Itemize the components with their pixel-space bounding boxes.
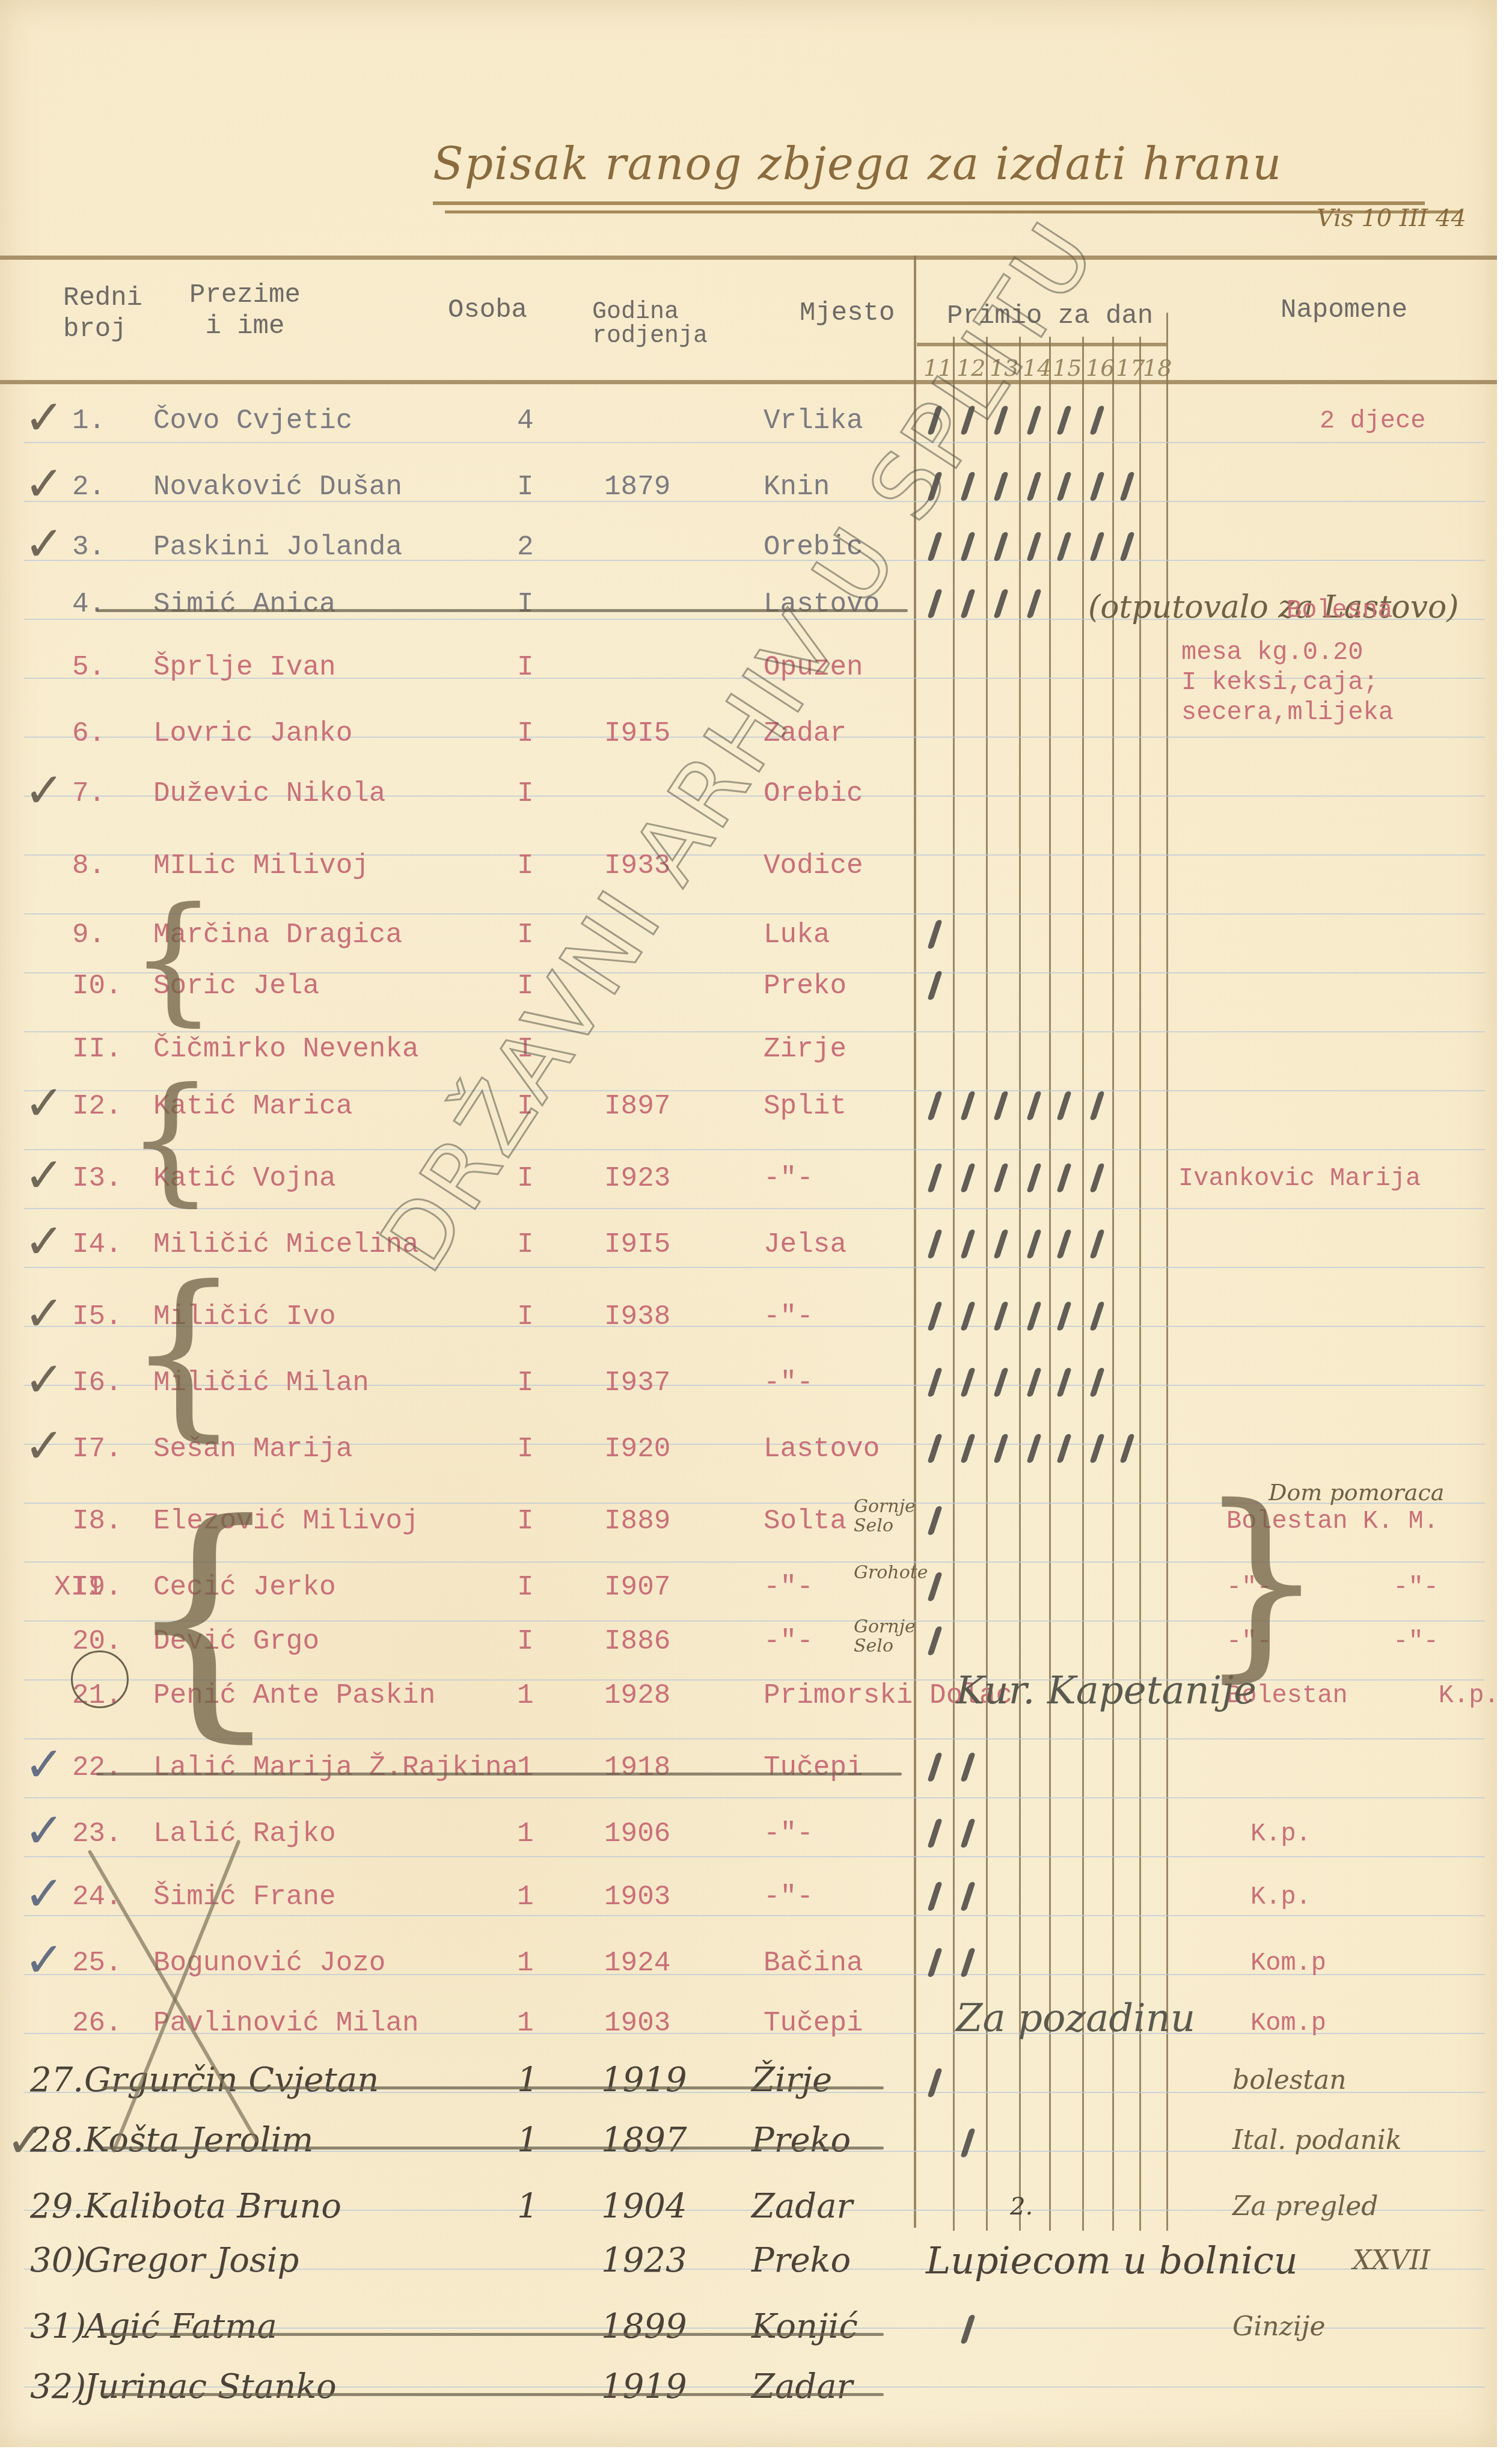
row-note: Kom.p <box>1250 2008 1326 2038</box>
row-place: Lastovo <box>764 1431 880 1467</box>
row-number: I6. <box>72 1365 122 1401</box>
bracket-mark: { <box>129 890 217 1028</box>
received-tally-mark <box>993 472 1009 501</box>
row-birth-year: 1918 <box>604 1750 670 1786</box>
row-place: -"- <box>764 1879 813 1915</box>
row-margin-mark: XII <box>54 1569 104 1605</box>
received-tally-mark <box>1089 1091 1105 1120</box>
row-place: Vrlika <box>764 403 863 439</box>
header-bottom-rule <box>0 380 1497 384</box>
header-birth-year: Godina rodjenja <box>592 301 708 349</box>
row-persons: I <box>517 1569 534 1605</box>
check-mark-icon: ✓ <box>24 394 64 442</box>
row-place: Žirje <box>751 2062 832 2098</box>
header-notes: Napomene <box>1281 295 1407 326</box>
received-tally-mark <box>960 1302 976 1331</box>
row-birth-year: 1904 <box>601 2189 687 2225</box>
row-place: -"- <box>764 1569 813 1605</box>
received-tally-mark <box>1089 532 1105 561</box>
check-mark-icon: ✓ <box>24 1807 64 1855</box>
received-tally-mark <box>1056 1163 1072 1192</box>
row-number: I5. <box>72 1299 122 1335</box>
row-name: Simić Anica <box>153 586 336 622</box>
received-tally-mark <box>927 2068 943 2097</box>
check-mark-icon: ✓ <box>24 1936 64 1984</box>
row-persons: 1 <box>517 1678 534 1714</box>
received-tally-mark <box>927 1948 943 1977</box>
row-place: Tučepi <box>764 1750 863 1786</box>
row-name: Čovo Cvjetic <box>153 403 352 439</box>
row-birth-year: 1899 <box>601 2309 687 2345</box>
row-persons: I <box>517 1227 534 1263</box>
row-number: 6. <box>72 716 105 752</box>
received-tally-mark <box>960 2315 976 2344</box>
row-place: Preko <box>764 968 846 1004</box>
received-tally-mark <box>1089 1163 1105 1192</box>
received-tally-mark <box>1026 1302 1042 1331</box>
row-day-mark: 2. <box>1010 2189 1033 2225</box>
row-note: (otputovalo za Lastovo) <box>1088 589 1459 625</box>
row-name: Grgurčin Cvjetan <box>84 2062 379 2098</box>
header-name: Prezime i ime <box>189 280 301 342</box>
received-tally-mark <box>1056 406 1072 435</box>
row-note: Ital. podanik <box>1232 2122 1401 2159</box>
received-tally-mark <box>960 1368 976 1397</box>
day-column-label: 15 <box>1053 355 1082 381</box>
received-tally-mark <box>1056 1302 1072 1331</box>
strikethrough-line <box>96 1773 902 1776</box>
received-tally-mark <box>960 1819 976 1848</box>
received-tally-mark <box>1056 1091 1072 1120</box>
received-tally-mark <box>1089 406 1105 435</box>
bracket-mark: { <box>123 1491 284 1744</box>
table-row: I0.Soric JelaIPreko <box>0 968 1497 1028</box>
received-tally-mark <box>927 1819 943 1848</box>
header-place: Mjesto <box>800 298 895 329</box>
received-tally-mark <box>1119 472 1135 501</box>
check-mark-icon: ✓ <box>24 1741 64 1789</box>
received-tally-mark <box>1056 472 1072 501</box>
row-birth-year: 1906 <box>604 1816 670 1852</box>
strikethrough-line <box>102 2147 884 2150</box>
ruled-line <box>24 1149 1485 1150</box>
check-mark-icon: ✓ <box>24 1290 64 1338</box>
row-note: Za pregled <box>1232 2189 1378 2225</box>
row-place: -"- <box>764 1299 813 1335</box>
check-mark-icon: ✓ <box>24 1356 64 1404</box>
row-place: -"- <box>764 1816 813 1852</box>
strikethrough-line <box>102 2333 884 2336</box>
row-birth-year: I920 <box>604 1431 670 1467</box>
header-number: Redni broj <box>63 283 142 345</box>
row-birth-year: I897 <box>604 1088 670 1124</box>
row-name: Lovric Janko <box>153 716 352 752</box>
bracket-mark: { <box>126 1263 241 1443</box>
row-name: Lalić Rajko <box>153 1816 336 1852</box>
received-tally-mark <box>927 1163 943 1192</box>
received-tally-mark <box>960 589 976 618</box>
date-annotation: Vis 10 III 44 <box>1317 204 1466 232</box>
row-birth-year: I886 <box>604 1623 670 1660</box>
row-name: Gregor Josip <box>84 2243 299 2279</box>
document-title: Spisak ranog zbjega za izdati hranu <box>433 138 1282 190</box>
row-number: I8. <box>72 1503 122 1539</box>
row-persons: I <box>517 649 534 685</box>
received-tally-mark <box>1056 1434 1072 1463</box>
row-place: Tučepi <box>764 2005 863 2041</box>
received-tally-mark <box>960 1230 976 1258</box>
header-top-rule <box>0 256 1497 260</box>
received-tally-mark <box>960 1948 976 1977</box>
row-place: Zadar <box>751 2189 852 2225</box>
received-tally-mark <box>1026 1163 1042 1192</box>
row-birth-year: 1924 <box>604 1945 670 1981</box>
row-persons: 1 <box>517 2122 539 2159</box>
row-name: Šprlje Ivan <box>153 649 336 685</box>
table-row: 26.Pavlinović Milan11903TučepiKom.pZa po… <box>0 2005 1497 2065</box>
row-persons: 1 <box>517 1750 534 1786</box>
received-tally-mark <box>1089 1230 1105 1258</box>
row-note: 2 djece <box>1320 406 1425 436</box>
row-place: -"- <box>764 1160 813 1197</box>
received-tally-mark <box>960 1091 976 1120</box>
row-birth-year: 1919 <box>601 2369 687 2405</box>
table-row: 8.MILic MilivojII933Vodice <box>0 848 1497 908</box>
row-persons: I <box>517 1431 534 1467</box>
row-persons: I <box>517 776 534 812</box>
received-tally-mark <box>927 1368 943 1397</box>
received-tally-mark <box>993 589 1009 618</box>
row-place: Preko <box>751 2243 851 2279</box>
row-number: 30) <box>30 2243 86 2279</box>
received-tally-mark <box>927 1302 943 1331</box>
row-persons: I <box>517 1623 534 1660</box>
row-birth-year: 1919 <box>601 2062 687 2098</box>
row-number: 27. <box>30 2062 84 2098</box>
row-handwritten-remark: Za pozadinu <box>956 1996 1195 2041</box>
table-row: I2.Katić MaricaII897Split✓ <box>0 1088 1497 1148</box>
row-number: 5. <box>72 649 105 685</box>
row-birth-year: 1897 <box>601 2122 687 2159</box>
handwritten-row: 27.Grgurčin Cvjetan11919Žirjebolestan <box>0 2062 1497 2122</box>
day-column-label: 16 <box>1086 355 1115 381</box>
row-number: 22. <box>72 1750 122 1786</box>
row-number: I4. <box>72 1227 122 1263</box>
row-birth-year: I938 <box>604 1299 670 1335</box>
row-persons: 1 <box>517 2005 534 2041</box>
received-tally-mark <box>927 1626 943 1655</box>
check-mark-icon: ✓ <box>24 767 64 815</box>
row-number: 23. <box>72 1816 122 1852</box>
table-row: 23.Lalić Rajko11906-"-K.p.✓ <box>0 1816 1497 1876</box>
received-tally-mark <box>993 1368 1009 1397</box>
row-birth-year: I937 <box>604 1365 670 1401</box>
row-persons: I <box>517 1299 534 1335</box>
received-tally-mark <box>993 1230 1009 1258</box>
received-tally-mark <box>993 1434 1009 1463</box>
handwritten-row: 31)Agić Fatma1899KonjićGinzije <box>0 2309 1497 2369</box>
row-number: I0. <box>72 968 122 1004</box>
row-note: bolestan <box>1232 2062 1347 2098</box>
row-name: Duževic Nikola <box>153 776 385 812</box>
received-tally-mark <box>1089 1302 1105 1331</box>
received-tally-mark <box>993 1091 1009 1120</box>
row-number: 9. <box>72 917 105 953</box>
row-typed-note: Bolesna <box>1287 595 1392 625</box>
row-note: K.p. <box>1250 1819 1311 1849</box>
bracket-mark: { <box>126 1070 214 1209</box>
document-page: Spisak ranog zbjega za izdati hranu Vis … <box>0 0 1497 2447</box>
row-birth-year: I889 <box>604 1503 670 1539</box>
received-tally-mark <box>927 1230 943 1258</box>
received-tally-mark <box>1056 532 1072 561</box>
received-tally-mark <box>1026 1230 1042 1258</box>
row-handwritten-remark: Lupiecom u bolnicu <box>926 2243 1298 2279</box>
row-number: 2. <box>72 469 105 505</box>
row-number: 26. <box>72 2005 122 2041</box>
title-underline <box>433 201 1425 205</box>
row-note: Ivankovic Marija <box>1178 1163 1421 1194</box>
check-mark-icon: ✓ <box>24 520 64 568</box>
received-tally-mark <box>1026 1091 1042 1120</box>
row-birth-year: 1923 <box>601 2243 687 2279</box>
row-place: Vodice <box>764 848 863 884</box>
received-tally-mark <box>1089 472 1105 501</box>
row-number: I3. <box>72 1160 122 1197</box>
received-tally-mark <box>1026 589 1042 618</box>
handwritten-row: 28.Košta Jerolim11897PrekoItal. podanik✓ <box>0 2122 1497 2183</box>
row-place: Zirje <box>764 1031 846 1067</box>
table-row: 24.Šimić Frane11903-"-K.p.✓ <box>0 1879 1497 1939</box>
row-persons: I <box>517 917 534 953</box>
received-tally-mark <box>1056 1368 1072 1397</box>
row-number: 25. <box>72 1945 122 1981</box>
received-tally-mark <box>993 532 1009 561</box>
row-number: II. <box>72 1031 122 1067</box>
table-row: II.Čičmirko NevenkaIZirje <box>0 1031 1497 1091</box>
row-name: Šimić Frane <box>153 1879 336 1915</box>
row-persons: 1 <box>517 2062 539 2098</box>
row-persons: I <box>517 1503 534 1539</box>
row-birth-year: 1879 <box>604 469 670 505</box>
row-note: K.p. <box>1250 1882 1311 1912</box>
row-name: Novaković Dušan <box>153 469 402 505</box>
row-place: Solta <box>764 1503 846 1539</box>
row-place-handwritten: Gornje Selo <box>854 1497 920 1536</box>
row-birth-year: I923 <box>604 1160 670 1197</box>
row-birth-year: 1903 <box>604 1879 670 1915</box>
row-persons: 1 <box>517 1879 534 1915</box>
received-tally-mark <box>927 1753 943 1782</box>
row-note: XXVII <box>1353 2243 1430 2279</box>
table-row: I3.Katić VojnaII923-"-Ivankovic Marija✓ <box>0 1160 1497 1221</box>
row-note: Ginzije <box>1232 2309 1326 2345</box>
row-persons: I <box>517 848 534 884</box>
check-mark-icon: ✓ <box>6 2116 46 2165</box>
received-tally-mark <box>1026 472 1042 501</box>
received-tally-mark <box>927 920 943 949</box>
row-persons: I <box>517 716 534 752</box>
strikethrough-line <box>102 2086 884 2089</box>
row-name: Pavlinović Milan <box>153 2005 419 2041</box>
check-mark-icon: ✓ <box>24 1422 64 1470</box>
row-name: Paskini Jolanda <box>153 529 402 565</box>
handwritten-row: 32)Jurinac Stanko1919Zadar <box>0 2369 1497 2429</box>
row-birth-year: I9I5 <box>604 1227 670 1263</box>
received-tally-mark <box>1026 1368 1042 1397</box>
row-note: Kom.p <box>1250 1948 1326 1978</box>
check-mark-icon: ✓ <box>24 1151 64 1200</box>
row-number: 1. <box>72 403 105 439</box>
received-tally-mark <box>927 1091 943 1120</box>
check-mark-icon: ✓ <box>24 460 64 508</box>
row-place: Preko <box>751 2122 851 2159</box>
received-tally-mark <box>960 1434 976 1463</box>
row-persons: 2 <box>517 529 534 565</box>
received-tally-mark <box>1026 406 1042 435</box>
received-tally-mark <box>960 1163 976 1192</box>
row-birth-year: 1903 <box>604 2005 670 2041</box>
row-place: Zadar <box>751 2369 852 2405</box>
row-name: Jurinac Stanko <box>84 2369 337 2405</box>
check-mark-icon: ✓ <box>24 1079 64 1127</box>
row-place: Konjić <box>751 2309 858 2345</box>
received-tally-mark <box>1056 1230 1072 1258</box>
received-tally-mark <box>1119 532 1135 561</box>
received-tally-mark <box>927 589 943 618</box>
row-number: I7. <box>72 1431 122 1467</box>
row-place: Bačina <box>764 1945 863 1981</box>
handwritten-row: 30)Gregor Josip1923PrekoXXVIILupiecom u … <box>0 2243 1497 2303</box>
strikethrough-line <box>102 2393 884 2396</box>
received-tally-mark <box>927 1572 943 1601</box>
received-tally-mark <box>993 1163 1009 1192</box>
received-tally-mark <box>960 2128 976 2157</box>
row-place: Jelsa <box>764 1227 846 1263</box>
row-place: Split <box>764 1088 846 1124</box>
received-tally-mark <box>960 532 976 561</box>
row-place-handwritten: Grohote <box>854 1563 920 1583</box>
received-tally-mark <box>927 971 943 1000</box>
row-place: Luka <box>764 917 830 953</box>
row-place: Knin <box>764 469 830 505</box>
row-name: Agić Fatma <box>84 2309 277 2345</box>
received-tally-mark <box>1089 1368 1105 1397</box>
table-row: 25.Bogunović Jozo11924BačinaKom.p✓ <box>0 1945 1497 2005</box>
received-tally-mark <box>927 1882 943 1911</box>
received-tally-mark <box>927 1506 943 1535</box>
received-tally-mark <box>1026 532 1042 561</box>
table-row: 3.Paskini Jolanda2Orebic✓ <box>0 529 1497 589</box>
table-row: 1.Čovo Cvjetic4Vrlika2 djece✓ <box>0 403 1497 463</box>
row-number: 32) <box>30 2369 86 2405</box>
row-number: 29. <box>30 2189 84 2225</box>
row-birth-year: I9I5 <box>604 716 670 752</box>
row-name: Kalibota Bruno <box>84 2189 341 2225</box>
row-place-handwritten: Gornje Selo <box>854 1617 920 1656</box>
row-place: -"- <box>764 1365 813 1401</box>
header-persons: Osoba <box>448 295 527 326</box>
received-tally-mark <box>960 1753 976 1782</box>
row-number: 3. <box>72 529 105 565</box>
row-persons: I <box>517 586 534 622</box>
row-persons: 1 <box>517 1816 534 1852</box>
circled-number <box>71 1650 129 1708</box>
row-birth-year: I907 <box>604 1569 670 1605</box>
row-note: mesa kg.0.20 I keksi,caja; secera,mlijek… <box>1181 637 1394 728</box>
bracket-mark: } <box>1196 1479 1326 1684</box>
row-persons: I <box>517 1365 534 1401</box>
row-birth-year: 1928 <box>604 1678 670 1714</box>
row-persons: 4 <box>517 403 534 439</box>
check-mark-icon: ✓ <box>24 1870 64 1918</box>
row-persons: 1 <box>517 1945 534 1981</box>
row-place: -"- <box>764 1623 813 1660</box>
title-underline-2 <box>445 210 1461 213</box>
received-tally-mark <box>1089 1434 1105 1463</box>
row-number: I2. <box>72 1088 122 1124</box>
received-tally-mark <box>1026 1434 1042 1463</box>
row-number: 4. <box>72 586 105 622</box>
check-mark-icon: ✓ <box>24 1218 64 1266</box>
received-tally-mark <box>993 1302 1009 1331</box>
ruled-line <box>24 913 1485 915</box>
row-persons: I <box>517 469 534 505</box>
received-tally-mark <box>927 1434 943 1463</box>
row-number: 7. <box>72 776 105 812</box>
received-tally-mark <box>1119 1434 1135 1463</box>
table-row: 2.Novaković DušanI1879Knin✓ <box>0 469 1497 529</box>
row-persons: 1 <box>517 2189 539 2225</box>
row-number: 31) <box>30 2309 86 2345</box>
row-number: 8. <box>72 848 105 884</box>
received-tally-mark <box>960 1882 976 1911</box>
